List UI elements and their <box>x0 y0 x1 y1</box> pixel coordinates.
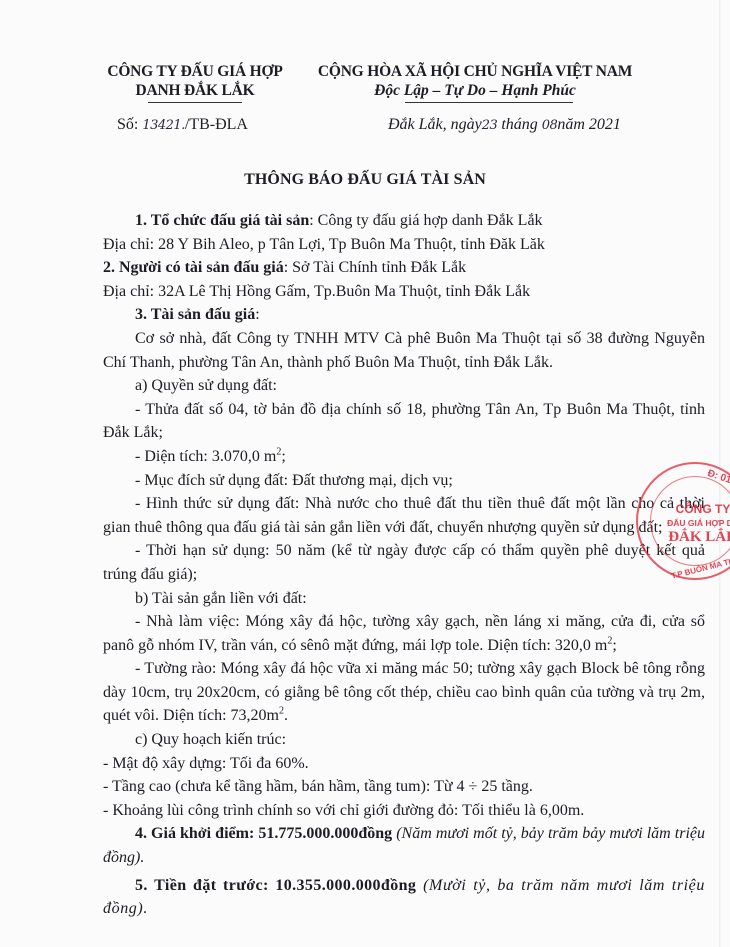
section-1: 1. Tổ chức đấu giá tài sản: Công ty đấu … <box>103 209 705 233</box>
document-page: CÔNG TY ĐẤU GIÁ HỢP DANH ĐẮK LẮK CỘNG HÒ… <box>0 0 730 947</box>
area-text: - Diện tích: 3.070,0 m <box>135 448 276 465</box>
doc-no-prefix: Số: <box>117 116 142 133</box>
deposit-label: 5. Tiền đặt trước: 10.355.000.000đồng <box>135 877 416 894</box>
document-title: THÔNG BÁO ĐẤU GIÁ TÀI SẢN <box>0 171 730 189</box>
date-month-handwritten: 08 <box>542 118 558 133</box>
date-day-handwritten: 23 <box>482 118 498 133</box>
office-suffix: ; <box>612 637 616 654</box>
section-1-label: 1. Tổ chức đấu giá tài sản <box>135 212 309 229</box>
subsection-c-item: - Tầng cao (chưa kể tầng hầm, bán hầm, t… <box>103 775 705 799</box>
seal-line3: ĐẮK LẮK <box>648 529 730 546</box>
motto-underline <box>405 102 573 103</box>
starting-price-label: 4. Giá khởi điểm: 51.775.000.000đồng <box>135 825 392 842</box>
section-2-label: 2. Người có tài sản đấu giá <box>103 259 284 276</box>
section-3-colon: : <box>255 306 259 323</box>
document-number: Số: 13421./TB-ĐLA <box>117 116 248 134</box>
issuer-name-line2: DANH ĐẮK LẮK <box>100 81 290 100</box>
seal-line1: CÔNG TY <box>648 502 730 516</box>
doc-no-handwritten: 13421. <box>142 118 185 133</box>
fence-suffix: . <box>284 707 288 724</box>
national-motto: Độc Lập – Tự Do – Hạnh Phúc <box>300 81 650 100</box>
section-2-address: Địa chỉ: 32A Lê Thị Hồng Gấm, Tp.Buôn Ma… <box>103 280 705 304</box>
subsection-b-item: - Tường rào: Móng xây đá hộc vữa xi măng… <box>103 657 705 728</box>
area-suffix: ; <box>281 448 285 465</box>
section-3-heading: 3. Tài sản đấu giá: <box>103 303 705 327</box>
subsection-a-item: - Diện tích: 3.070,0 m2; <box>103 445 705 469</box>
national-header: CỘNG HÒA XÃ HỘI CHỦ NGHĨA VIỆT NAM Độc L… <box>300 62 650 100</box>
subsection-a-item: - Thửa đất số 04, tờ bản đồ địa chính số… <box>103 398 705 445</box>
issuer-underline <box>148 102 242 103</box>
document-body: 1. Tổ chức đấu giá tài sản: Công ty đấu … <box>103 209 705 921</box>
doc-no-suffix: /TB-ĐLA <box>185 116 248 133</box>
section-1-address: Địa chỉ: 28 Y Bih Aleo, p Tân Lợi, Tp Bu… <box>103 233 705 257</box>
section-4-starting-price: 4. Giá khởi điểm: 51.775.000.000đồng (Nă… <box>103 822 705 869</box>
issuer-name-line1: CÔNG TY ĐẤU GIÁ HỢP <box>100 62 290 81</box>
subsection-a-item: - Thời hạn sử dụng: 50 năm (kể từ ngày đ… <box>103 539 705 586</box>
subsection-a-heading: a) Quyền sử dụng đất: <box>103 374 705 398</box>
seal-line2: ĐẤU GIÁ HỢP DA <box>648 518 730 528</box>
document-date: Đắk Lắk, ngày23 tháng 08năm 2021 <box>388 116 621 134</box>
section-3-label: 3. Tài sản đấu giá <box>135 306 255 323</box>
section-2: 2. Người có tài sản đấu giá: Sở Tài Chín… <box>103 256 705 280</box>
national-title: CỘNG HÒA XÃ HỘI CHỦ NGHĨA VIỆT NAM <box>300 62 650 81</box>
subsection-c-item: - Khoảng lùi công trình chính so với chỉ… <box>103 799 705 823</box>
subsection-a-item: - Mục đích sử dụng đất: Đất thương mại, … <box>103 469 705 493</box>
issuer-header: CÔNG TY ĐẤU GIÁ HỢP DANH ĐẮK LẮK <box>100 62 290 100</box>
subsection-b-item: - Nhà làm việc: Móng xây đá hộc, tường x… <box>103 610 705 657</box>
section-2-value: : Sở Tài Chính tỉnh Đắk Lắk <box>284 259 466 276</box>
date-month-label: tháng <box>497 116 541 133</box>
date-year: năm 2021 <box>557 116 621 133</box>
subsection-a-item: - Hình thức sử dụng đất: Nhà nước cho th… <box>103 492 705 539</box>
date-prefix: Đắk Lắk, ngày <box>388 116 482 133</box>
section-5-deposit: 5. Tiền đặt trước: 10.355.000.000đồng (M… <box>103 874 705 921</box>
section-1-value: : Công ty đấu giá hợp danh Đắk Lắk <box>309 212 542 229</box>
subsection-b-heading: b) Tài sản gắn liền với đất: <box>103 587 705 611</box>
subsection-c-heading: c) Quy hoạch kiến trúc: <box>103 728 705 752</box>
subsection-c-item: - Mật độ xây dựng: Tối đa 60%. <box>103 752 705 776</box>
fence-text: - Tường rào: Móng xây đá hộc vữa xi măng… <box>103 660 705 724</box>
section-3-intro: Cơ sở nhà, đất Công ty TNHH MTV Cà phê B… <box>103 327 705 374</box>
